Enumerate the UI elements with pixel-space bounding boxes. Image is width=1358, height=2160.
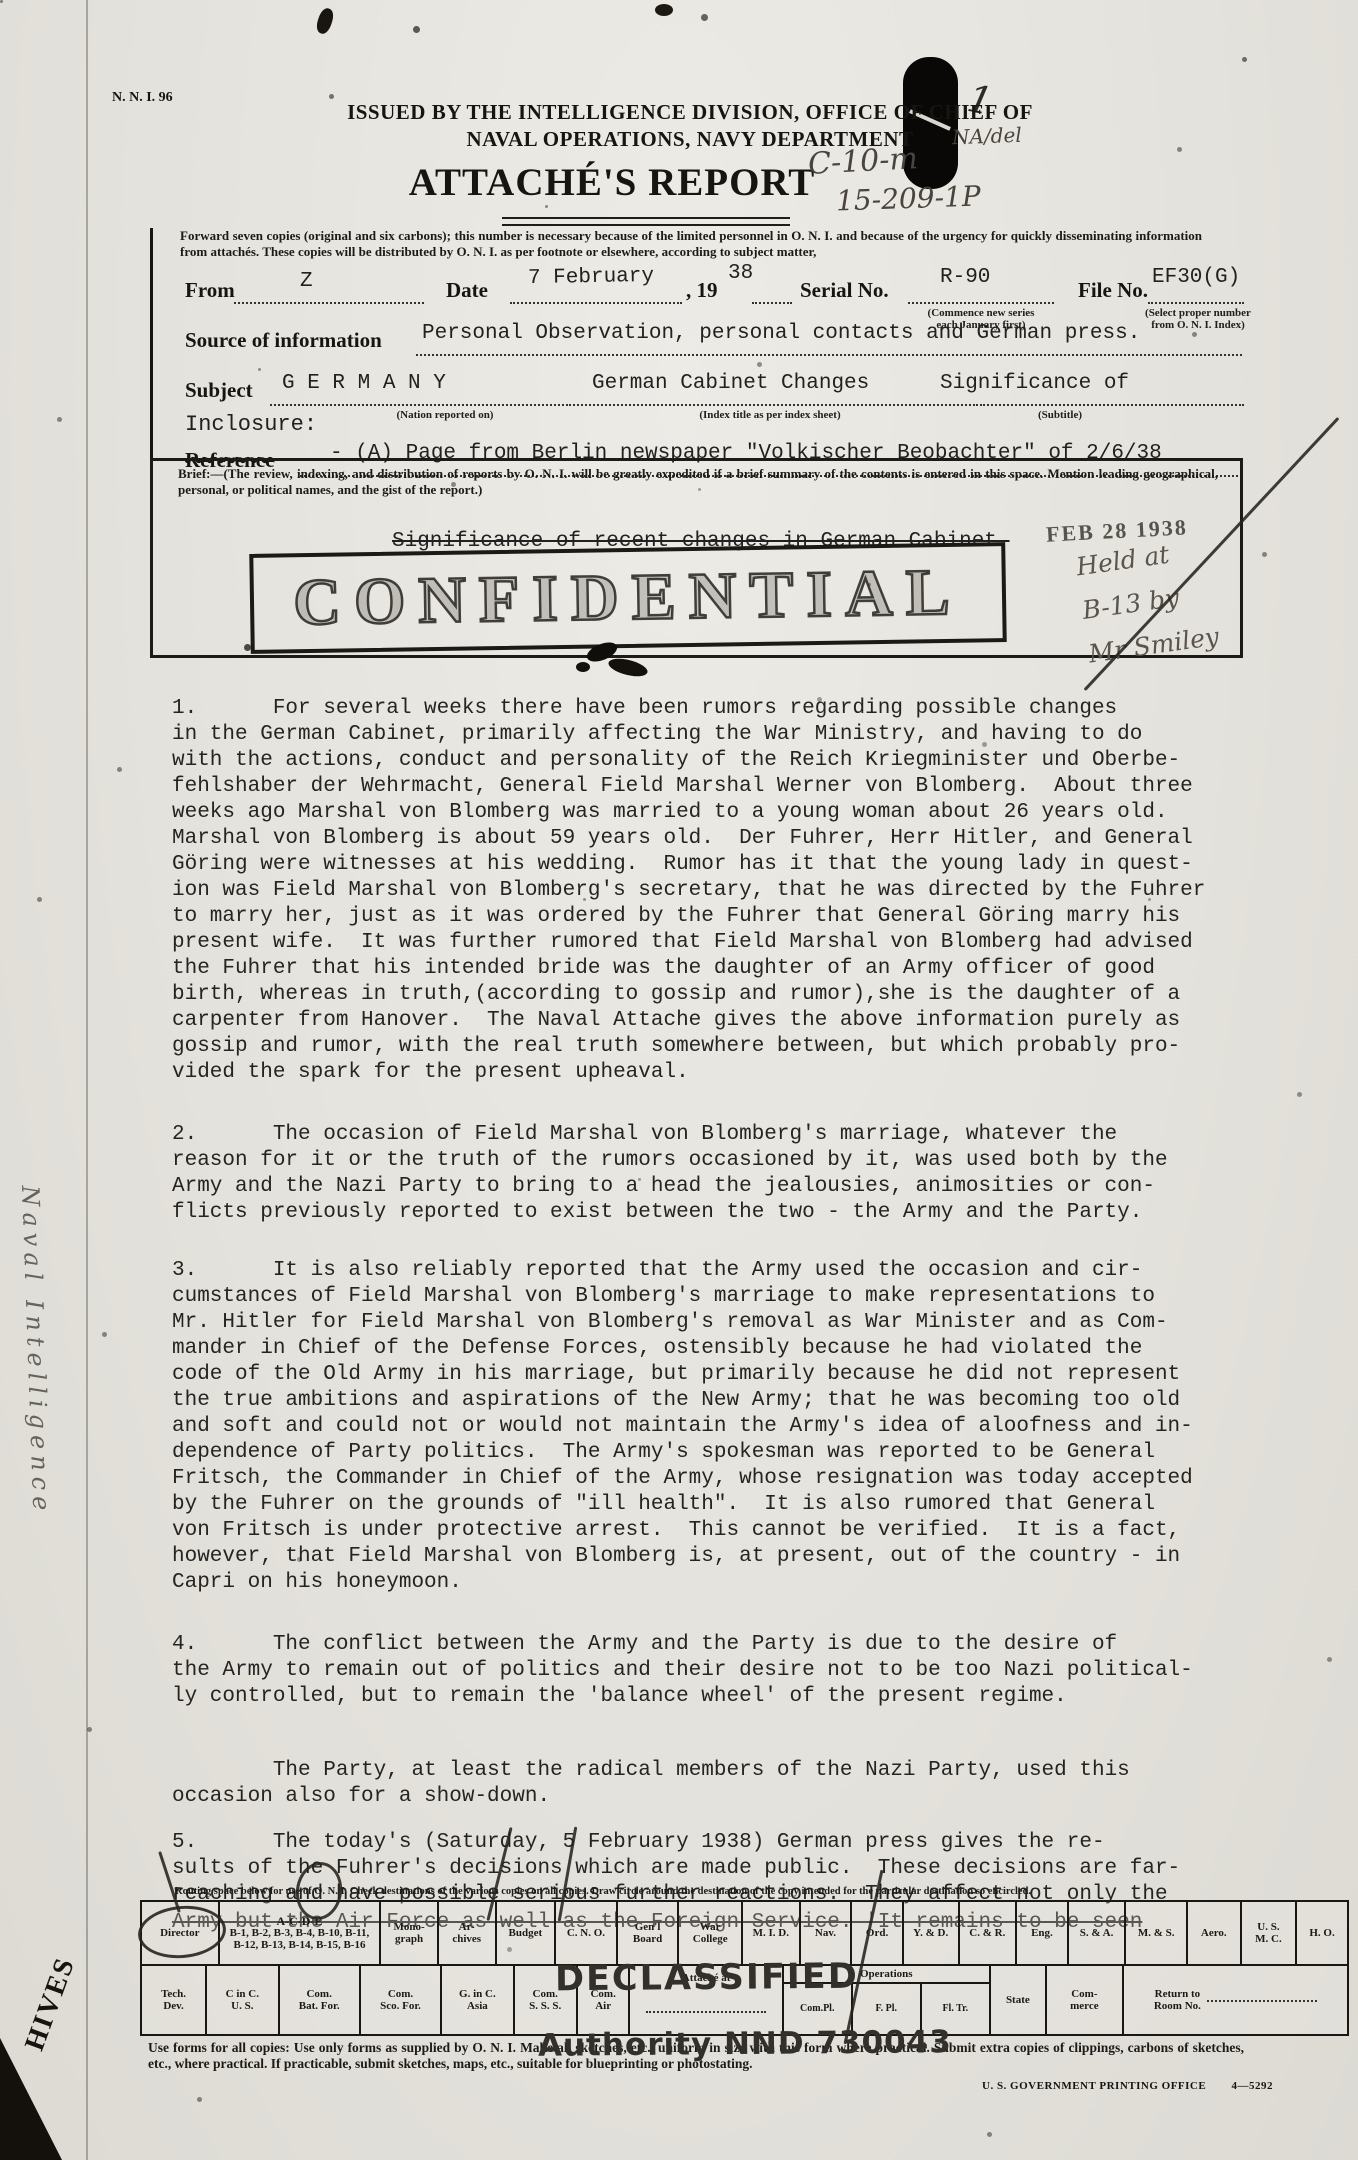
inclosure-label: Inclosure: [185, 412, 317, 437]
scan-noise-speckles [0, 0, 3, 3]
year-typed: 38 [728, 262, 753, 285]
routing-cell-war-college: War College [677, 1902, 741, 1964]
from-value: Z [300, 270, 313, 293]
routing-cell-commerce: Com- merce [1045, 1966, 1122, 2034]
brief-note: Brief:—(The review, indexing, and distri… [178, 466, 1218, 498]
date-value: 7 February [528, 265, 654, 290]
paragraph-4b: The Party, at least the radical members … [172, 1758, 1272, 1810]
paragraph-3: 3. It is also reliably reported that the… [172, 1258, 1272, 1596]
subject-index-value: German Cabinet Changes [592, 372, 869, 395]
from-field-rule [234, 301, 424, 304]
printing-office: U. S. GOVERNMENT PRINTING OFFICE [982, 2080, 1206, 2092]
attache-at-rule [646, 2010, 765, 2013]
declassified-stamp-line1: DECLASSIFIED [555, 1957, 859, 2000]
file-note: (Select proper number from O. N. I. Inde… [1118, 307, 1278, 331]
declassified-stamp-line2: Authority NND 730043 [538, 2024, 952, 2064]
year-printed: , 19 [686, 278, 718, 303]
routing-cell-acde: A-C-D-E B-1, B-2, B-3, B-4, B-10, B-11, … [218, 1902, 380, 1964]
routing-cell-cinc-us: C in C. U. S. [205, 1966, 277, 2034]
date-field-rule [510, 301, 682, 304]
routing-cell-budget: Budget [495, 1902, 555, 1964]
routing-cell-com-sco: Com. Sco. For. [359, 1966, 440, 2034]
scanned-report-page: 1 HIVES Naval Intelligence N. N. I. 96 I… [0, 0, 1358, 2160]
routing-cell-monograph: Mono- graph [379, 1902, 437, 1964]
routing-cell-ord: Ord. [850, 1902, 902, 1964]
printing-office-line: U. S. GOVERNMENT PRINTING OFFICE 4—5292 [982, 2080, 1273, 2092]
handwritten-code-2: 15-209-1P [835, 179, 981, 217]
routing-cell-return: Return to Room No. [1122, 1966, 1347, 2034]
routing-cell-genl-board: Gen'l Board [616, 1902, 678, 1964]
routing-cell-eng: Eng. [1015, 1902, 1067, 1964]
file-label: File No. [1078, 278, 1148, 303]
serial-value: R-90 [940, 266, 990, 289]
source-value: Personal Observation, personal contacts … [422, 322, 1140, 345]
corner-shadow-bottom-left [0, 2038, 62, 2160]
routing-cell-mid: M. I. D. [741, 1902, 799, 1964]
held-note: Held at B-13 by Mr Smiley [1073, 528, 1221, 677]
serial-field-rule [908, 301, 1054, 304]
archives-stamp-fragment: HIVES [19, 1953, 82, 2055]
routing-cell-tech-dev: Tech. Dev. [142, 1966, 205, 2034]
acde-list: B-1, B-2, B-3, B-4, B-10, B-11, B-12, B-… [230, 1927, 370, 1951]
date-label: Date [446, 278, 488, 303]
title-underline [502, 217, 790, 226]
ink-smudge-3 [576, 662, 590, 672]
subject-field-rule [270, 403, 564, 406]
ink-smudge-2 [607, 655, 649, 679]
ink-blob-top-left [314, 6, 335, 35]
form-left-rule [150, 228, 153, 460]
source-field-rule [416, 353, 1242, 356]
routing-cell-sa: S. & A. [1067, 1902, 1125, 1964]
from-label: From [185, 278, 235, 303]
routing-cell-yd: Y. & D. [902, 1902, 958, 1964]
subject-subtitle-rule [980, 403, 1244, 406]
subject-value: G E R M A N Y [282, 372, 446, 395]
routing-cell-ho: H. O. [1295, 1902, 1347, 1964]
subject-label: Subject [185, 378, 253, 403]
serial-label: Serial No. [800, 278, 889, 303]
subject-subtitle-value: Significance of [940, 372, 1129, 395]
routing-cell-state: State [989, 1966, 1045, 2034]
subject-index-note: (Index title as per index sheet) [655, 409, 885, 421]
left-margin-note: Naval Intelligence [16, 1185, 56, 1517]
year-field-rule [752, 301, 792, 304]
subject-subtitle-note: (Subtitle) [1000, 409, 1120, 421]
subject-index-rule [566, 403, 978, 406]
paragraph-2: 2. The occasion of Field Marshal von Blo… [172, 1122, 1272, 1226]
routing-cell-cno: C. N. O. [554, 1902, 616, 1964]
file-field-rule [1148, 301, 1244, 304]
routing-cell-ginc-asia: G. in C. Asia [440, 1966, 512, 2034]
issued-line-1: ISSUED BY THE INTELLIGENCE DIVISION, OFF… [250, 100, 1130, 125]
paragraph-1: 1. For several weeks there have been rum… [172, 696, 1272, 1086]
report-body: 1. For several weeks there have been rum… [172, 696, 1272, 1936]
routing-cell-cr: C. & R. [958, 1902, 1016, 1964]
confidential-stamp-box: CONFIDENTIAL [249, 542, 1006, 654]
forward-instructions: Forward seven copies (original and six c… [180, 228, 1202, 260]
file-value: EF30(G) [1152, 266, 1240, 289]
routing-cell-com-bat: Com. Bat. For. [278, 1966, 359, 2034]
routing-cell-ms: M. & S. [1124, 1902, 1186, 1964]
handwritten-code-3: NA/del [952, 123, 1023, 149]
source-label: Source of information [185, 328, 382, 353]
scan-left-edge [86, 0, 88, 2160]
ink-blob-top-center [655, 4, 673, 16]
routing-cell-usmc: U. S. M. C. [1240, 1902, 1296, 1964]
form-id: N. N. I. 96 [112, 90, 173, 106]
paragraph-4: 4. The conflict between the Army and the… [172, 1632, 1272, 1710]
routing-cell-aero: Aero. [1186, 1902, 1240, 1964]
routing-cell-nav: Nav. [799, 1902, 851, 1964]
handwritten-code-1: C-10-m [807, 141, 919, 182]
routing-cell-archives: Ar- chives [437, 1902, 495, 1964]
return-label: Return to Room No. [1154, 1988, 1201, 2012]
confidential-stamp: CONFIDENTIAL [293, 555, 964, 642]
printing-office-code: 4—5292 [1231, 2080, 1273, 2092]
return-rule [1207, 1999, 1317, 2002]
subject-note: (Nation reported on) [360, 409, 530, 421]
